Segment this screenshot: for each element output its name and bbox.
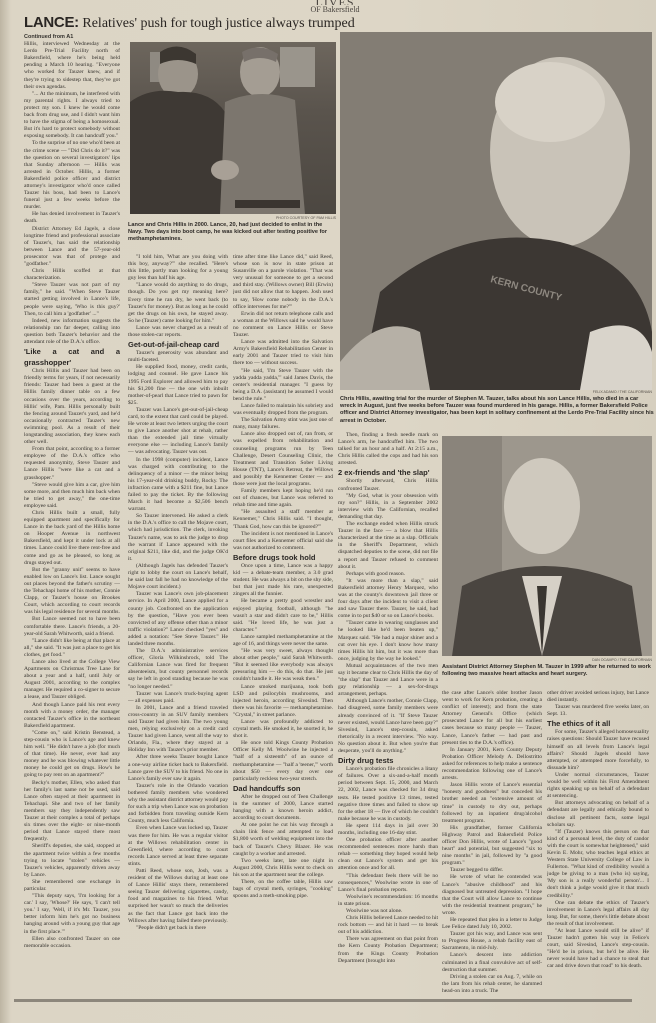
paragraph: Chris Hillis built a small, fully equipp…: [24, 510, 120, 567]
paragraph: His grandfather, former California Highw…: [442, 825, 542, 868]
continued-from: Continued from A1: [24, 34, 120, 41]
paragraph: Hillis, interviewed Wednesday at the Ler…: [24, 41, 120, 91]
photo-chris-hillis: KERN COUNTY: [340, 32, 652, 390]
paragraph: Driving a stolen car on Aug. 7, while on…: [442, 974, 542, 995]
paragraph: He became a pretty good wrestler and enj…: [233, 598, 333, 633]
paragraph: One probation officer after another reco…: [338, 837, 438, 872]
paragraph: He has denied involvement in Tauzer's de…: [24, 211, 120, 225]
paragraph: "People didn't get back in there: [128, 925, 228, 932]
paragraph: Lance sampled methamphetamine at the age…: [233, 634, 333, 648]
paragraph: Becky's mother, Ellen, who asked that he…: [24, 780, 120, 844]
paragraph: He wrote of what he contended was Lance'…: [442, 874, 542, 917]
subhead: 2 ex-friends and 'the slap': [338, 467, 438, 478]
paragraph: Erwin did not return telephone calls and…: [233, 311, 333, 339]
paragraph: Lance also dropped out of, ran from, or …: [233, 431, 333, 488]
paragraph: He supplied food, money, credit cards, l…: [128, 364, 228, 407]
paragraph: "... At the minimum, he interfered with …: [24, 91, 120, 141]
photo-credit: PHOTO COURTESY OF PAM HILLIS: [240, 216, 336, 220]
paragraph: (Although Jagels has defended Tauzer's r…: [128, 563, 228, 591]
paragraph: Sheriff's deputies, she said, stopped at…: [24, 843, 120, 878]
masthead-sub: OF Bakersfield: [310, 5, 359, 14]
headline-keyword: LANCE:: [24, 14, 79, 31]
article-column-4: Then, finding a fresh needle mark on Lan…: [338, 432, 438, 998]
paragraph: "He was very sweet, always thought about…: [233, 648, 333, 683]
paragraph: "Steve Tauzer was not part of my family,…: [24, 282, 120, 317]
paragraph: So Tauzer intervened. He asked a clerk i…: [128, 513, 228, 563]
paragraph: "I told him, 'What are you doing with th…: [128, 254, 228, 282]
paragraph: other driver avoided serious injury, but…: [547, 690, 649, 704]
paragraph: Two weeks later, late one night in Augus…: [233, 858, 333, 879]
paragraph: Chris Hillis and Tauzer had been on frie…: [24, 368, 120, 446]
subhead: Dirty drug tests: [338, 755, 438, 766]
paragraph: Patti Reed, whose son, Josh, was a resid…: [128, 868, 228, 925]
paragraph: Jason Hillis wrote of Lance's essential …: [442, 782, 542, 825]
paragraph: But Lance seemed not to have been comfor…: [24, 616, 120, 637]
paragraph: "If (Tauzer) knows this person on that k…: [547, 829, 649, 900]
paragraph: "My God, what is your obsession with my …: [338, 493, 438, 521]
paragraph: Shortly afterward, Chris Hillis confront…: [338, 478, 438, 492]
paragraph: From that point, according to a former e…: [24, 446, 120, 481]
subhead: Dad handcuffs son: [233, 783, 333, 794]
paragraph: Lance was profoundly addicted to crystal…: [233, 719, 333, 740]
paragraph: "Steve would give him a car, give him so…: [24, 482, 120, 510]
paragraph: Lance failed to maintain his sobriety an…: [233, 403, 333, 417]
paragraph: In the 1998 (computer) incident, Lance w…: [128, 457, 228, 514]
paragraph: "Tauzer came in wearing sunglasses and h…: [338, 620, 438, 663]
subhead: 'Like a cat and a grasshopper': [24, 346, 120, 368]
headline-text: Relatives' push for tough justice always…: [79, 16, 355, 31]
paragraph: The Salvation Army stint was just one of…: [233, 417, 333, 431]
photo-caption: Chris Hillis, awaiting trial for the mur…: [340, 396, 654, 425]
paragraph: But the "granny unit" seems to have enab…: [24, 567, 120, 617]
paragraph: Chris Hillis scoffed at that characteriz…: [24, 268, 120, 282]
paragraph: Tauzer got his way, and Lance was sent t…: [442, 931, 542, 952]
paragraph: "This defendant feels there will be no c…: [338, 873, 438, 894]
paragraph: She remembered one exchange in particula…: [24, 879, 120, 893]
paragraph: Tauzer's generosity was abundant and mul…: [128, 350, 228, 364]
paragraph: Lance was admitted into the Salvation Ar…: [233, 339, 333, 367]
paragraph: Lance was never charged as a result of t…: [128, 325, 228, 339]
paragraph: "It was more than a slap," said Bakersfi…: [338, 578, 438, 621]
paragraph: Lance smoked marijuana, took both LSD an…: [233, 684, 333, 719]
paragraph: time after time like Lance did," said Re…: [233, 254, 333, 311]
paragraph: Tauzer's role in the Orlando vacation bo…: [128, 783, 228, 826]
paragraph: Mutual acquaintances of the two men say …: [338, 663, 438, 698]
paragraph: There was agreement on that point from t…: [338, 936, 438, 964]
paragraph: Under normal circumstances, Tauzer would…: [547, 772, 649, 800]
paragraph: At one point he cut his way through a ch…: [233, 822, 333, 857]
article-column-6: other driver avoided serious injury, but…: [547, 690, 649, 998]
paragraph: He spent 114 days in jail over 30 months…: [338, 823, 438, 837]
paragraph: "He said, 'I'm Steve Tauzer with the yad…: [233, 368, 333, 403]
paragraph: Lance's descent into addiction culminate…: [442, 952, 542, 973]
paragraph: In January 2001, Kern County Deputy Prob…: [442, 747, 542, 782]
subhead: Before drugs took hold: [233, 552, 333, 563]
paragraph: Lance's probation file chronicles a lita…: [338, 766, 438, 823]
paragraph: Then, finding a fresh needle mark on Lan…: [338, 432, 438, 467]
paragraph: District Attorney Ed Jagels, a close lon…: [24, 226, 120, 269]
section-masthead: LIVES OF Bakersfield: [300, 0, 370, 14]
page-fold-shadow: [0, 0, 10, 1023]
subhead: Get-out-of-jail-cheap card: [128, 339, 228, 350]
photo-illustration: KERN COUNTY: [340, 32, 652, 390]
paragraph: "This deputy says, 'I'm looking for a ca…: [24, 893, 120, 936]
paragraph: Even when Lance was locked up, Tauzer wa…: [128, 825, 228, 868]
paragraph: To the surprise of no one who'd been at …: [24, 140, 120, 211]
photo-lance-and-chris: [130, 42, 336, 214]
article-column-5: the case after Lance's older brother Jas…: [442, 690, 542, 998]
paragraph: After three weeks Tauzer bought Lance a …: [128, 754, 228, 782]
newspaper-page: LIVES OF Bakersfield LANCE: Relatives' p…: [0, 0, 656, 1023]
paragraph: Chris Hillis believed Lance needed to hi…: [338, 915, 438, 936]
paragraph: And though Lance paid his rent every mon…: [24, 702, 120, 730]
paragraph: "Lance would do anything to do drugs, th…: [128, 282, 228, 325]
paragraph: "Lance didn't like being at that place a…: [24, 638, 120, 659]
paragraph: The incident is not mentioned in Lance's…: [233, 531, 333, 552]
paragraph: There, on the coffee table, Hillis saw b…: [233, 879, 333, 900]
paragraph: Although Lance's mother, Connie Clapp, h…: [338, 698, 438, 755]
paragraph: Lance also lived at the College View Apa…: [24, 659, 120, 702]
paragraph: Tauzer was Lance's own job-placement ser…: [128, 591, 228, 648]
paragraph: He once told Kings County Probation Offi…: [233, 740, 333, 783]
paragraph: "At least Lance would still be alive" if…: [547, 928, 649, 971]
article-column-2: "I told him, 'What are you doing with th…: [128, 254, 228, 998]
paragraph: Tauzer was Lance's get-out-of-jail-cheap…: [128, 407, 228, 457]
paragraph: "Come on," said Kristin Benstead, a step…: [24, 730, 120, 780]
paragraph: The D.A.'s administrative services offic…: [128, 648, 228, 691]
paragraph: "He assaulted a staff member at Kennemer…: [233, 509, 333, 530]
photo-credit: DAN OCAMPO / THE CALIFORNIAN: [540, 658, 652, 662]
article-headline: LANCE: Relatives' push for tough justice…: [24, 14, 355, 32]
paragraph: One can debate the ethics of Tauzer's in…: [547, 900, 649, 928]
paragraph: Woolwine was not alone.: [338, 908, 438, 915]
paragraph: But attorneys advocating on behalf of a …: [547, 800, 649, 828]
paragraph: In 2001, Lance and a friend traveled cro…: [128, 705, 228, 755]
paragraph: Tauzer was murdered five weeks later, on…: [547, 704, 649, 718]
paragraph: Family members kept hoping he'd run out …: [233, 488, 333, 509]
paragraph: the case after Lance's older brother Jas…: [442, 690, 542, 747]
paragraph: Indeed, new information suggests the rel…: [24, 318, 120, 346]
photo-illustration: [442, 436, 652, 656]
paragraph: Ellen also confronted Tauzer on one memo…: [24, 936, 120, 950]
photo-credit: FELIX ADAMO / THE CALIFORNIAN: [540, 390, 652, 394]
paragraph: The exchange ended when Hillis struck Ta…: [338, 521, 438, 571]
photo-stephen-tauzer: [442, 436, 652, 656]
paragraph: Woolwine's recommendation: 16 months in …: [338, 894, 438, 908]
paragraph: Once upon a time, Lance was a happy kid …: [233, 563, 333, 598]
paragraph: Tauzer was Lance's truck-buying agent — …: [128, 691, 228, 705]
article-column-3: time after time like Lance did," said Re…: [233, 254, 333, 998]
photo-illustration: [130, 42, 336, 214]
subhead: The ethics of it all: [547, 718, 649, 729]
paragraph: He repeated that plea in a letter to Jud…: [442, 917, 542, 931]
paragraph: After he dropped out of Teen Challenge i…: [233, 794, 333, 822]
paragraph: Perhaps with good reason.: [338, 571, 438, 578]
photo-caption: Assistant District Attorney Stephen M. T…: [442, 664, 654, 678]
bottom-rule: [14, 999, 632, 1002]
paragraph: For some, Tauzer's alleged homosexuality…: [547, 729, 649, 772]
article-column-1: Continued from A1 Hillis, interviewed We…: [24, 34, 120, 998]
photo-caption: Lance and Chris Hillis in 2000. Lance, 2…: [128, 222, 338, 244]
